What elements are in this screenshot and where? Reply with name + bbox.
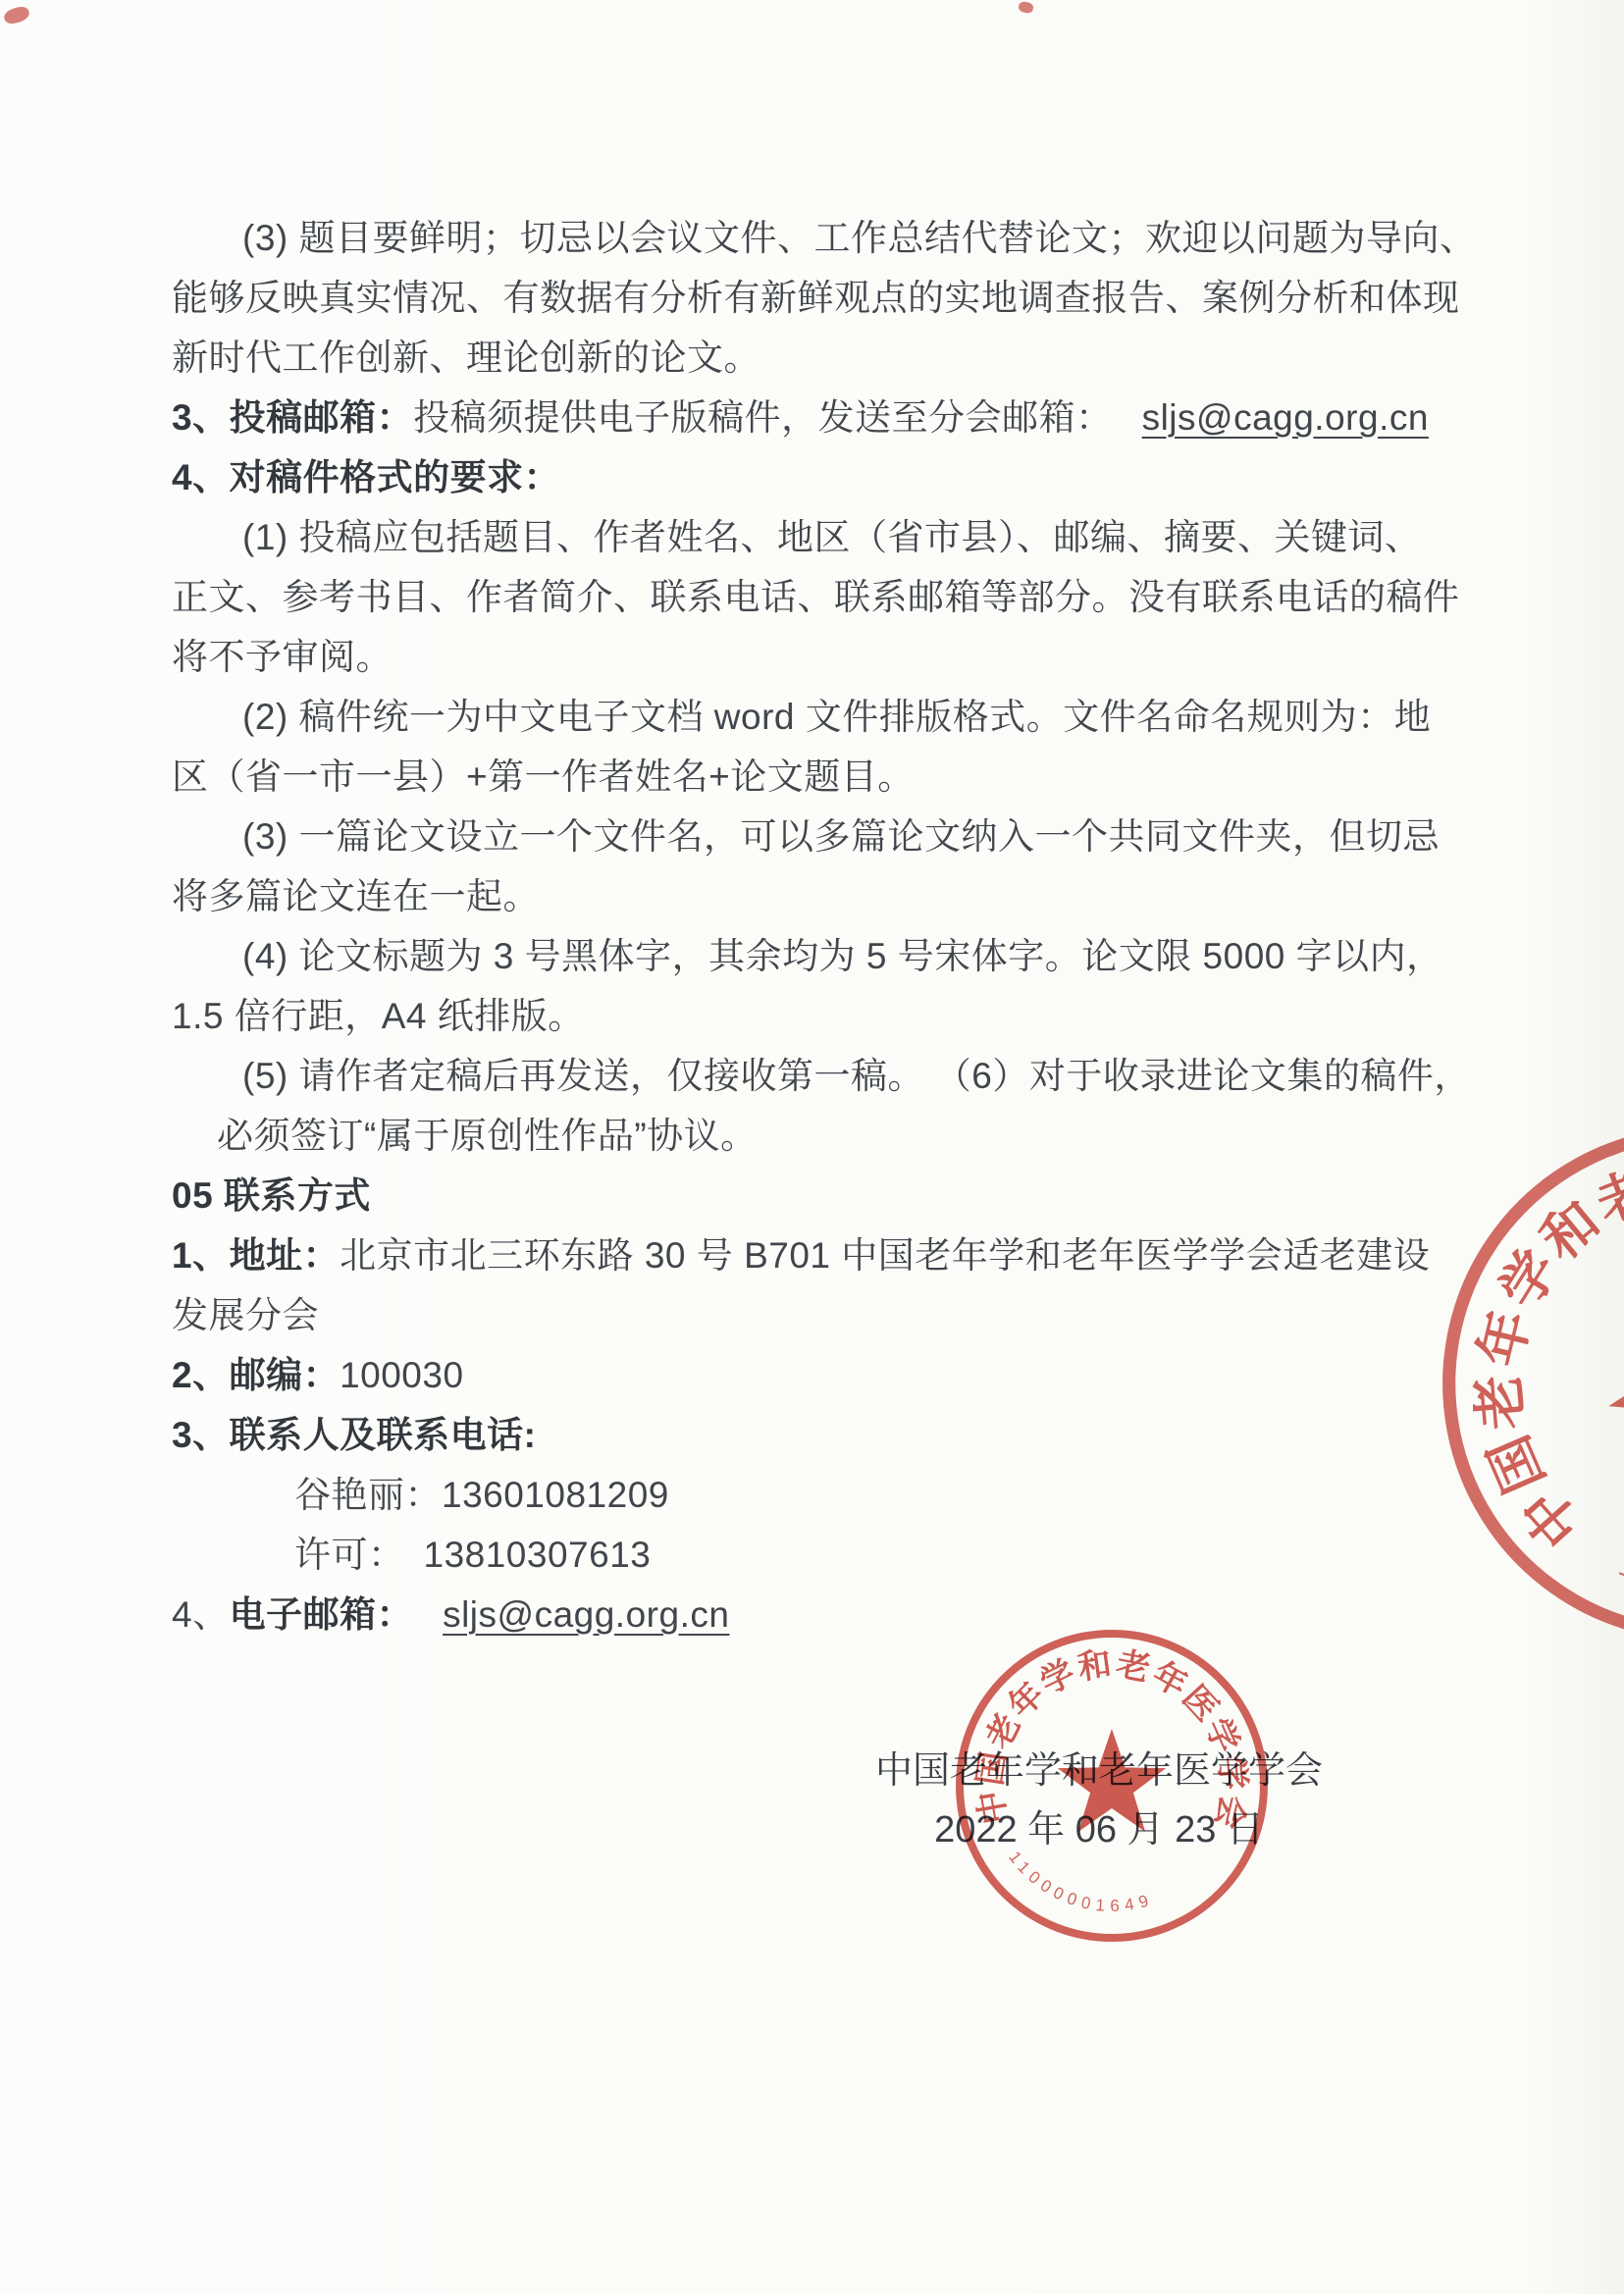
line-text: 1.5 倍行距，A4 纸排版。 (172, 996, 585, 1036)
text-line: 1、地址：北京市北三环东路 30 号 B701 中国老年学和老年医学学会适老建设 (172, 1225, 1487, 1285)
line-text: (3) 一篇论文设立一个文件名，可以多篇论文纳入一个共同文件夹，但切忌 (242, 816, 1440, 857)
text-line: 05 联系方式 (172, 1166, 1487, 1225)
star-icon (1058, 1729, 1166, 1832)
section-label: 4、对稿件格式的要求： (172, 457, 560, 497)
line-text: 能够反映真实情况、有数据有分析有新鲜观点的实地调查报告、案例分析和体现 (172, 278, 1460, 318)
line-text: 将不予审阅。 (172, 637, 393, 677)
text-line: 将不予审阅。 (172, 627, 1487, 687)
text-line: (3) 一篇论文设立一个文件名，可以多篇论文纳入一个共同文件夹，但切忌 (172, 807, 1487, 866)
svg-text:11000001649: 11000001649 (1005, 1848, 1156, 1915)
text-line: 4、电子邮箱：sljs@cagg.org.cn (172, 1585, 1487, 1644)
seal-serial-number: 11000001649 (1005, 1848, 1156, 1915)
text-line: 3、联系人及联系电话: (172, 1405, 1487, 1465)
text-line: 4、对稿件格式的要求： (172, 447, 1487, 507)
postal-code: 100030 (340, 1355, 463, 1395)
line-text: 必须签订“属于原创性作品”协议。 (217, 1116, 758, 1156)
text-line: 必须签订“属于原创性作品”协议。 (172, 1106, 1487, 1166)
line-text: 正文、参考书目、作者简介、联系电话、联系邮箱等部分。没有联系电话的稿件 (172, 577, 1460, 617)
document-page: (3) 题目要鲜明；切忌以会议文件、工作总结代替论文；欢迎以问题为导向、 能够反… (0, 0, 1624, 2294)
star-icon (1574, 1257, 1624, 1495)
line-text: 投稿须提供电子版稿件，发送至分会邮箱： (413, 397, 1113, 438)
text-line: 3、投稿邮箱：投稿须提供电子版稿件，发送至分会邮箱：sljs@cagg.org.… (172, 388, 1487, 447)
text-line: 许可： 13810307613 (172, 1525, 1487, 1585)
email-address: sljs@cagg.org.cn (443, 1594, 729, 1635)
text-line: 谷艳丽：13601081209 (172, 1465, 1487, 1525)
text-line: 新时代工作创新、理论创新的论文。 (172, 328, 1487, 388)
text-line: (2) 稿件统一为中文电子文档 word 文件排版格式。文件名命名规则为：地 (172, 687, 1487, 747)
line-text: (5) 请作者定稿后再发送，仅接收第一稿。 （6）对于收录进论文集的稿件， (242, 1056, 1471, 1096)
section-label: 1、地址： (172, 1235, 340, 1276)
line-text: 区（省一市一县）+第一作者姓名+论文题目。 (172, 756, 915, 797)
scan-artifact (2, 4, 30, 26)
section-label: 3、联系人及联系电话: (172, 1415, 536, 1455)
text-line: 区（省一市一县）+第一作者姓名+论文题目。 (172, 747, 1487, 807)
text-line: 能够反映真实情况、有数据有分析有新鲜观点的实地调查报告、案例分析和体现 (172, 268, 1487, 328)
contact-phone: 许可： 13810307613 (294, 1535, 651, 1575)
text-line: (4) 论文标题为 3 号黑体字，其余均为 5 号宋体字。论文限 5000 字以… (172, 926, 1487, 986)
text-line: 1.5 倍行距，A4 纸排版。 (172, 986, 1487, 1046)
line-text: 4、 (172, 1594, 230, 1635)
section-label: 3、投稿邮箱： (172, 397, 413, 438)
section-label: 2、邮编： (172, 1355, 340, 1395)
line-text: 将多篇论文连在一起。 (172, 876, 540, 916)
text-line: 正文、参考书目、作者简介、联系电话、联系邮箱等部分。没有联系电话的稿件 (172, 567, 1487, 627)
text-line: 将多篇论文连在一起。 (172, 866, 1487, 926)
official-seal: 中国老年学和老年医学学会 11000001649 (945, 1619, 1279, 1953)
contact-phone: 谷艳丽：13601081209 (294, 1475, 669, 1515)
text-line: (5) 请作者定稿后再发送，仅接收第一稿。 （6）对于收录进论文集的稿件， (172, 1046, 1487, 1106)
email-address: sljs@cagg.org.cn (1142, 397, 1429, 438)
line-text: 发展分会 (172, 1295, 319, 1335)
text-line: 2、邮编：100030 (172, 1345, 1487, 1405)
line-text: (2) 稿件统一为中文电子文档 word 文件排版格式。文件名命名规则为：地 (242, 697, 1431, 737)
text-line: (1) 投稿应包括题目、作者姓名、地区（省市县）、邮编、摘要、关键词、 (172, 507, 1487, 567)
line-text: (1) 投稿应包括题目、作者姓名、地区（省市县）、邮编、摘要、关键词、 (242, 517, 1422, 557)
line-text: 新时代工作创新、理论创新的论文。 (172, 338, 760, 378)
document-body: (3) 题目要鲜明；切忌以会议文件、工作总结代替论文；欢迎以问题为导向、 能够反… (172, 208, 1487, 1644)
scan-artifact (1018, 1, 1034, 15)
line-text: (3) 题目要鲜明；切忌以会议文件、工作总结代替论文；欢迎以问题为导向、 (242, 218, 1477, 258)
text-line: 发展分会 (172, 1285, 1487, 1345)
text-line: (3) 题目要鲜明；切忌以会议文件、工作总结代替论文；欢迎以问题为导向、 (172, 208, 1487, 268)
line-text: 北京市北三环东路 30 号 B701 中国老年学和老年医学学会适老建设 (340, 1235, 1430, 1276)
section-label: 电子邮箱： (230, 1594, 414, 1635)
line-text: (4) 论文标题为 3 号黑体字，其余均为 5 号宋体字。论文限 5000 字以… (242, 936, 1443, 976)
section-label: 05 联系方式 (172, 1175, 371, 1216)
